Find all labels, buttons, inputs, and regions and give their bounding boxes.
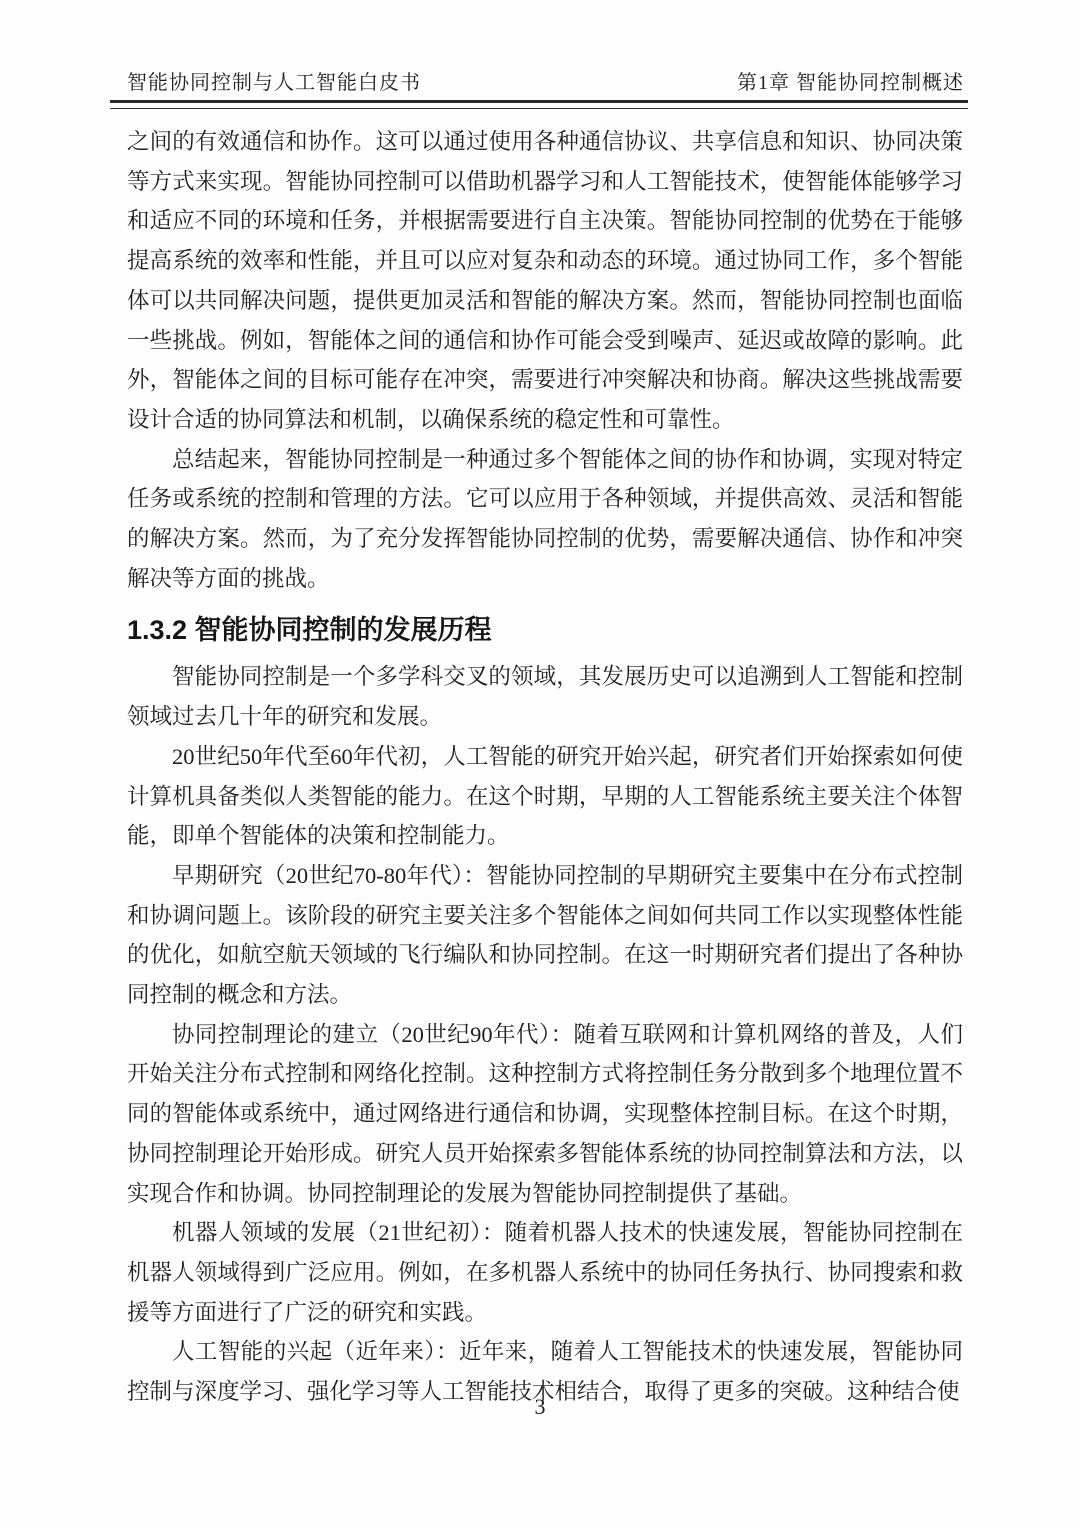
page-header: 智能协同控制与人工智能白皮书 第1章 智能协同控制概述 (127, 66, 964, 95)
paragraph: 机器人领域的发展（21世纪初）：随着机器人技术的快速发展，智能协同控制在机器人领… (127, 1213, 963, 1332)
paragraph: 总结起来，智能协同控制是一种通过多个智能体之间的协作和协调，实现对特定任务或系统… (127, 440, 963, 599)
header-right-chapter: 第1章 智能协同控制概述 (737, 66, 964, 95)
header-left-title: 智能协同控制与人工智能白皮书 (127, 66, 421, 95)
paragraph: 早期研究（20世纪70-80年代）：智能协同控制的早期研究主要集中在分布式控制和… (127, 856, 963, 1015)
paragraph: 20世纪50年代至60年代初，人工智能的研究开始兴起，研究者们开始探索如何使计算… (127, 737, 963, 856)
document-page: 智能协同控制与人工智能白皮书 第1章 智能协同控制概述 之间的有效通信和协作。这… (0, 0, 1080, 1527)
section-heading: 1.3.2 智能协同控制的发展历程 (127, 609, 963, 651)
paragraph: 之间的有效通信和协作。这可以通过使用各种通信协议、共享信息和知识、协同决策等方式… (127, 122, 963, 440)
paragraph: 协同控制理论的建立（20世纪90年代）：随着互联网和计算机网络的普及，人们开始关… (127, 1015, 963, 1214)
page-footer: 3 (0, 1394, 1080, 1420)
paragraph: 智能协同控制是一个多学科交叉的领域，其发展历史可以追溯到人工智能和控制领域过去几… (127, 657, 963, 736)
header-rule (110, 100, 968, 109)
document-body: 之间的有效通信和协作。这可以通过使用各种通信协议、共享信息和知识、协同决策等方式… (127, 122, 963, 1412)
page-number: 3 (535, 1394, 546, 1419)
